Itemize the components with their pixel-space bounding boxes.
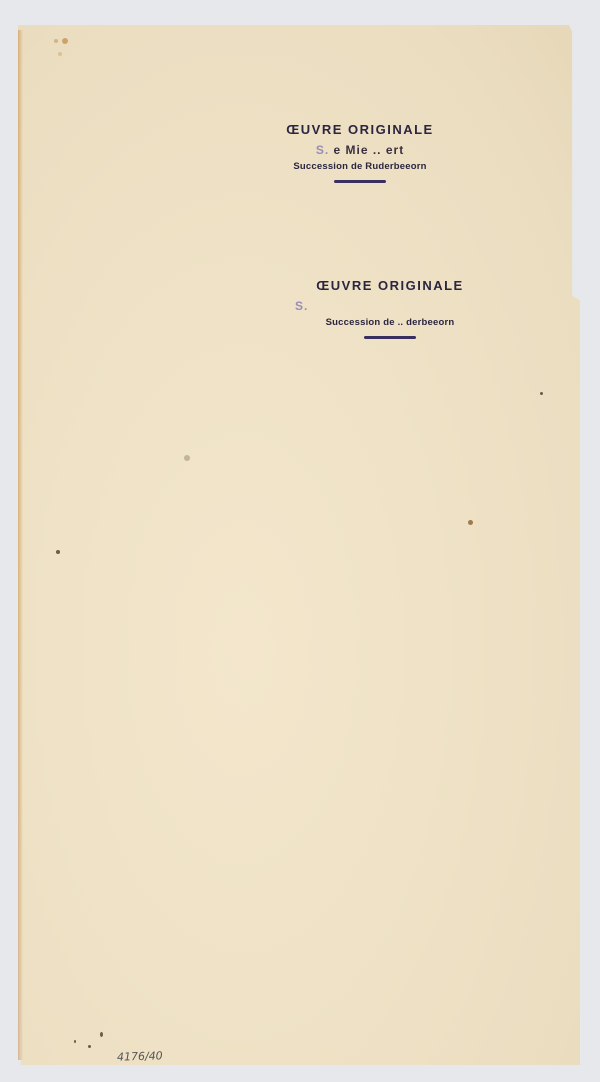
foxing-spot [54,39,58,43]
ink-spot [74,1040,76,1043]
foxing-spot [58,52,62,56]
ink-spot [468,520,473,525]
estate-stamp-2: ŒUVRE ORIGINALE S. Succession de .. derb… [285,278,495,339]
ink-spot [100,1032,103,1037]
ink-spot [540,392,543,395]
ink-spot [88,1045,91,1048]
stamp-succession: Succession de .. derbeeorn [285,317,495,328]
foxing-spot [62,38,68,44]
stamp-title: ŒUVRE ORIGINALE [255,122,465,137]
stamp-signature-line: S. [285,299,495,313]
stamp-rule [334,180,386,183]
stamp-signature-line: S. e Mie .. ert [255,143,465,157]
stamp-title: ŒUVRE ORIGINALE [285,278,495,293]
stamp-rule [364,336,416,339]
inventory-number: 4176/40 [117,1049,163,1064]
estate-stamp-1: ŒUVRE ORIGINALE S. e Mie .. ert Successi… [255,122,465,183]
ink-spot [56,550,60,554]
ink-spot [184,455,190,461]
foxed-edge [18,30,23,1060]
stamp-succession: Succession de Ruderbeeorn [255,161,465,172]
